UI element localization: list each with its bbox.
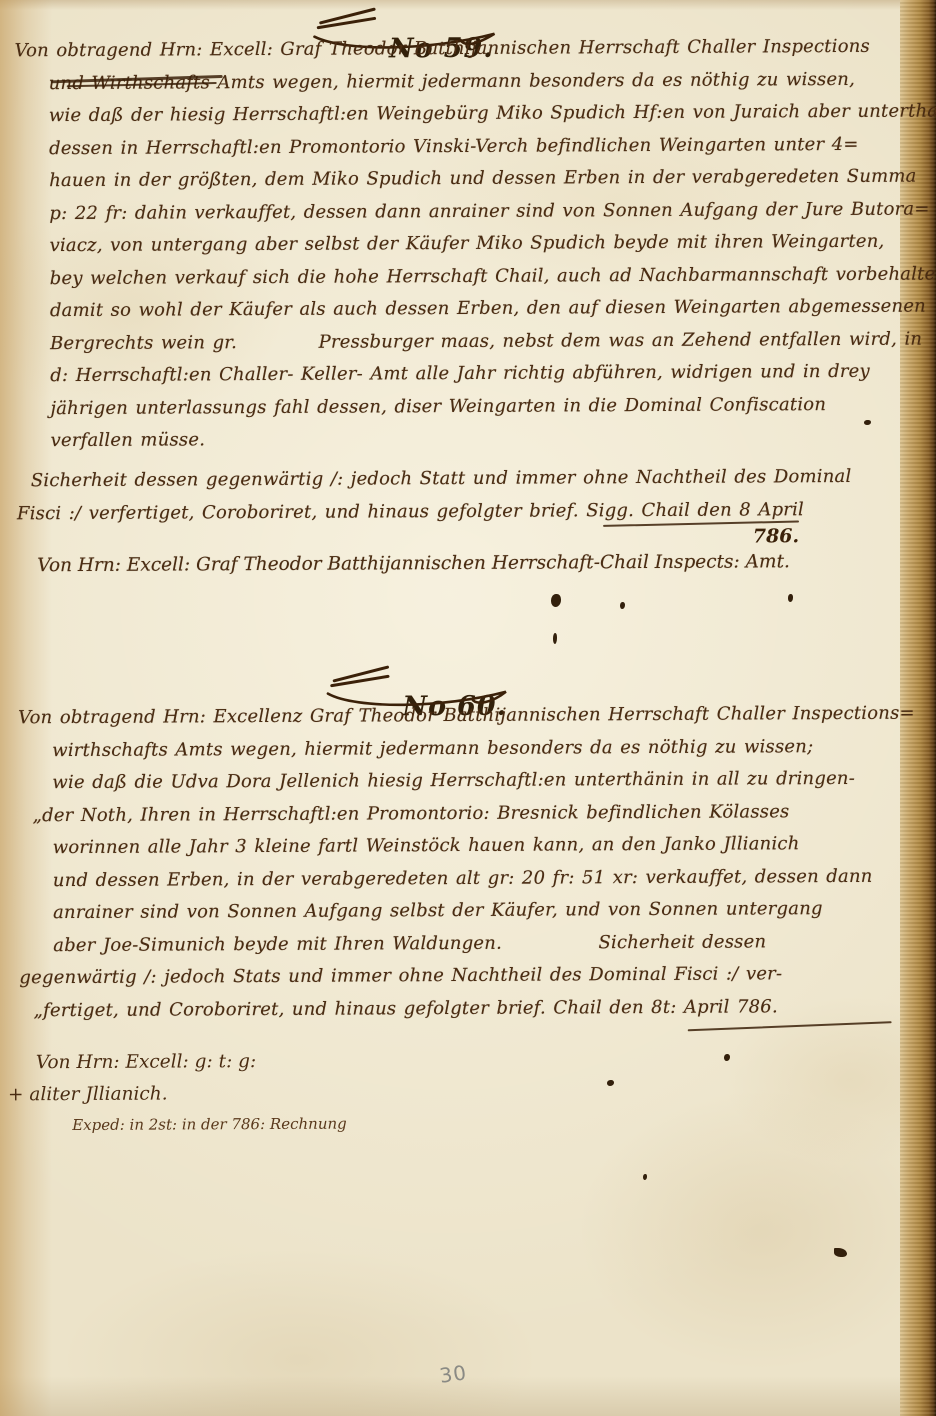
text-line: viacz, von untergang aber selbst der Käu…	[15, 226, 889, 263]
entry-60-exped-note: Exped: in 2st: in der 786: Rechnung	[72, 1115, 347, 1134]
entry-59-attribution: Von Hrn: Excell: Graf Theodor Batthijann…	[37, 551, 891, 576]
text-line: hauen in der größten, dem Miko Spudich u…	[15, 161, 889, 198]
text-line: anrainer sind von Sonnen Aufgang selbst …	[19, 893, 893, 930]
text-line: Bergrechts wein gr. Pressburger maas, ne…	[16, 323, 890, 360]
entry-60-aliter-note: + aliter Jllianich.	[8, 1084, 168, 1106]
text-line: d: Herrschaftl:en Challer- Keller- Amt a…	[16, 356, 890, 393]
text-line: und dessen Erben, in der verabgeredeten …	[19, 860, 893, 897]
text-line: „fertiget, und Coroboriret, und hinaus g…	[19, 990, 893, 1027]
text-line: Von obtragend Hrn: Excellenz Graf Theodo…	[18, 698, 892, 735]
text-line: bey welchen verkauf sich die hohe Herrsc…	[16, 258, 890, 295]
text-line: p: 22 fr: dahin verkauffet, dessen dann …	[15, 193, 889, 230]
text-line: aber Joe-Simunich beyde mit Ihren Waldun…	[19, 925, 893, 962]
text-line: gegenwärtig /: jedoch Stats und immer oh…	[19, 958, 893, 995]
text-line: Von obtragend Hrn: Excell: Graf Theodor …	[14, 31, 888, 68]
heading-strike-mark	[317, 17, 377, 29]
text-line: worinnen alle Jahr 3 kleine fartl Weinst…	[19, 828, 893, 865]
text-line: wie daß der hiesig Herrschaftl:en Weinge…	[15, 96, 889, 133]
text-line: und Wirthschafts Amts wegen, hiermit jed…	[15, 63, 889, 100]
text-line: wirthschafts Amts wegen, hiermit jederma…	[18, 730, 892, 767]
entry-60-signature: Von Hrn: Excell: g: t: g:	[36, 1051, 256, 1073]
ink-spot	[834, 1248, 847, 1257]
page-content: No59. Von obtragend Hrn: Excell: Graf Th…	[14, 0, 895, 1416]
pencil-folio-number: 30	[438, 1360, 469, 1388]
text-line: „der Noth, Ihren in Herrschaftl:en Promo…	[18, 795, 892, 832]
text-line: dessen in Herrschaftl:en Promontorio Vin…	[15, 128, 889, 165]
entry-60-body: Von obtragend Hrn: Excellenz Graf Theodo…	[18, 698, 894, 1028]
text-line: verfallen müsse.	[17, 421, 891, 458]
text-line: wie daß die Udva Dora Jellenich hiesig H…	[18, 763, 892, 800]
text-line: damit so wohl der Käufer als auch dessen…	[16, 291, 890, 328]
entry-59-closing: Sicherheit dessen gegenwärtig /: jedoch …	[17, 461, 891, 531]
entry-59-body: Von obtragend Hrn: Excell: Graf Theodor …	[14, 31, 890, 458]
text-line: jährigen unterlassungs fahl dessen, dise…	[16, 388, 890, 425]
entry-59-date-fragment: 786.	[753, 525, 799, 547]
heading-strike-mark	[330, 675, 390, 687]
text-line: Sicherheit dessen gegenwärtig /: jedoch …	[17, 461, 891, 498]
manuscript-page: No59. Von obtragend Hrn: Excell: Graf Th…	[0, 0, 936, 1416]
